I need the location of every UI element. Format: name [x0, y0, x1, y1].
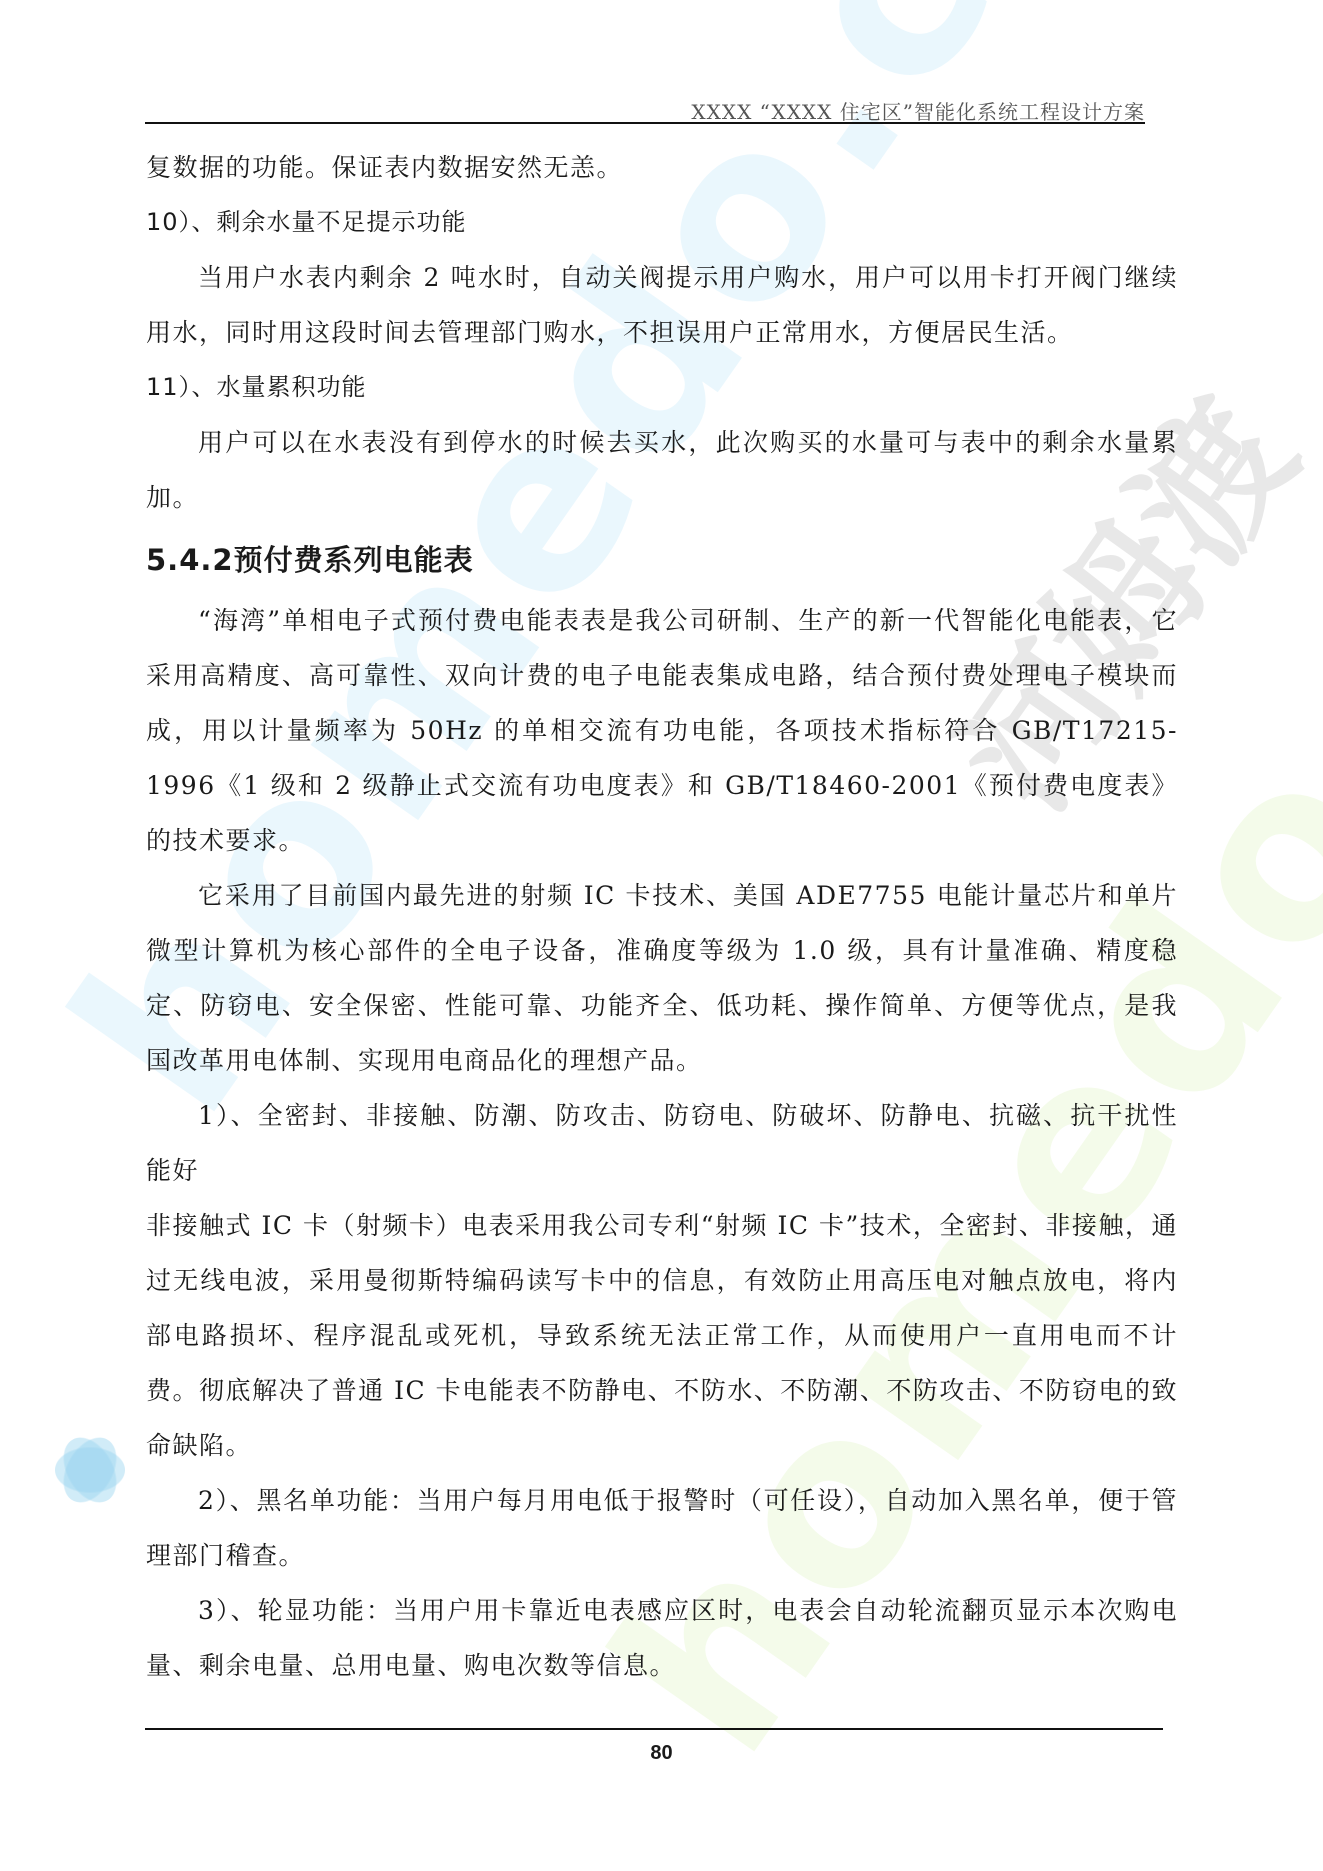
page-header: XXXX “XXXX 住宅区”智能化系统工程设计方案 — [145, 96, 1145, 122]
item-11-title: 11）、水量累积功能 — [146, 360, 1178, 415]
section-heading: 5.4.2预付费系列电能表 — [146, 531, 1178, 589]
footer-divider — [145, 1728, 1163, 1730]
item-11-text: 用户可以在水表没有到停水的时候去买水，此次购买的水量可与表中的剩余水量累加。 — [146, 415, 1178, 525]
header-title: XXXX “XXXX 住宅区”智能化系统工程设计方案 — [691, 96, 1145, 125]
page-body: 复数据的功能。保证表内数据安然无恙。 10）、剩余水量不足提示功能 当用户水表内… — [146, 140, 1178, 1693]
intro-paragraph-1: “海湾”单相电子式预付费电能表表是我公司研制、生产的新一代智能化电能表，它采用高… — [146, 593, 1178, 868]
paragraph-continued: 复数据的功能。保证表内数据安然无恙。 — [146, 140, 1178, 195]
feature-1-title: 1）、全密封、非接触、防潮、防攻击、防窃电、防破坏、防静电、抗磁、抗干扰性能好 — [146, 1088, 1178, 1198]
page-number: 80 — [0, 1742, 1323, 1765]
header-divider — [145, 122, 1145, 124]
item-10-text: 当用户水表内剩余 2 吨水时，自动关阀提示用户购水，用户可以用卡打开阀门继续用水… — [146, 250, 1178, 360]
item-10-title: 10）、剩余水量不足提示功能 — [146, 195, 1178, 250]
feature-3: 3）、轮显功能：当用户用卡靠近电表感应区时，电表会自动轮流翻页显示本次购电量、剩… — [146, 1583, 1178, 1693]
feature-2: 2）、黑名单功能：当用户每月用电低于报警时（可任设），自动加入黑名单，便于管理部… — [146, 1473, 1178, 1583]
feature-1-text: 非接触式 IC 卡（射频卡）电表采用我公司专利“射频 IC 卡”技术，全密封、非… — [146, 1198, 1178, 1473]
intro-paragraph-2: 它采用了目前国内最先进的射频 IC 卡技术、美国 ADE7755 电能计量芯片和… — [146, 868, 1178, 1088]
